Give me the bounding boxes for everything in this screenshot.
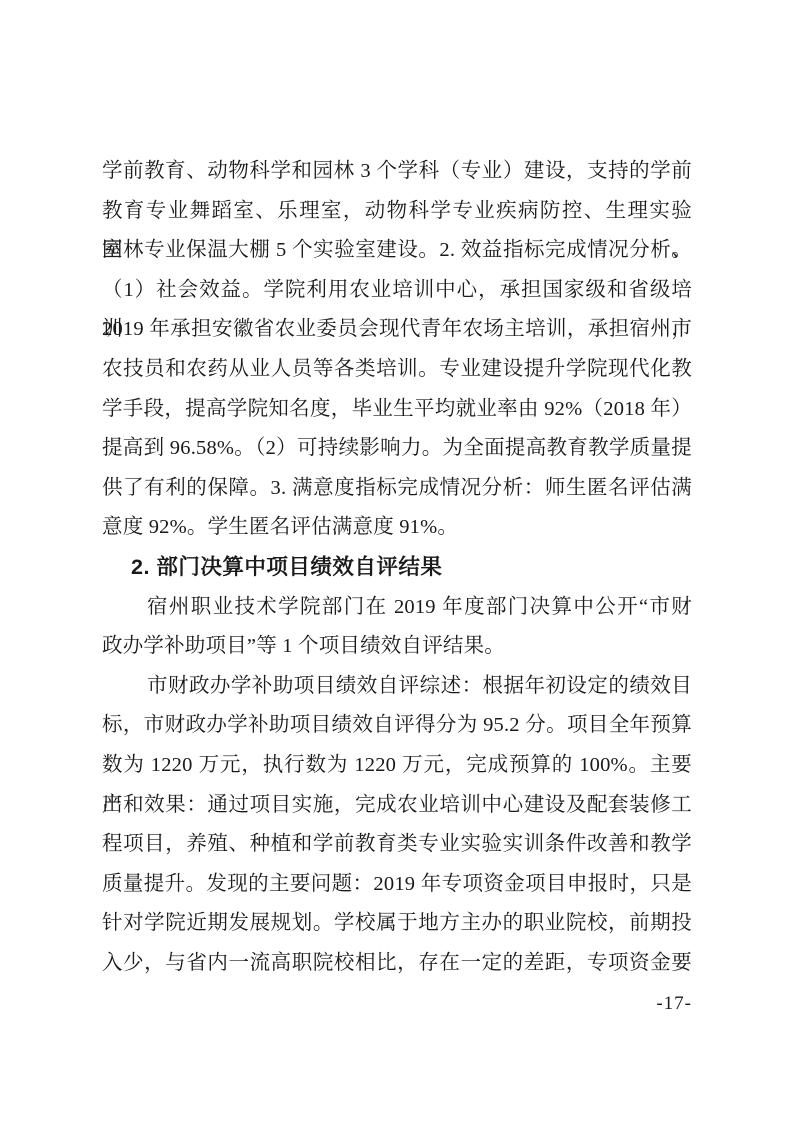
text-line-19: 质量提升。发现的主要问题：2019 年专项资金项目申报时，只是 — [102, 865, 692, 905]
text-line-14: 市财政办学补助项目绩效自评综述：根据年初设定的绩效目 — [102, 667, 692, 707]
text-line-20: 针对学院近期发展规划。学校属于地方主办的职业院校，前期投 — [102, 904, 692, 944]
section-heading: 2. 部门决算中项目绩效自评结果 — [102, 548, 692, 588]
text-line-6: 农技员和农药从业人员等各类培训。专业建设提升学院现代化教 — [102, 350, 692, 390]
text-line-16: 数为 1220 万元，执行数为 1220 万元，完成预算的 100%。主要产 — [102, 746, 692, 786]
text-line-9: 供了有利的保障。3. 满意度指标完成情况分析：师生匿名评估满 — [102, 469, 692, 509]
text-line-5: 2019 年承担安徽省农业委员会现代青年农场主培训，承担宿州市 — [102, 310, 692, 350]
text-line-1: 学前教育、动物科学和园林 3 个学科（专业）建设，支持的学前 — [102, 152, 692, 192]
text-line-15: 标，市财政办学补助项目绩效自评得分为 95.2 分。项目全年预算 — [102, 706, 692, 746]
text-line-18: 程项目，养殖、种植和学前教育类专业实验实训条件改善和教学 — [102, 825, 692, 865]
text-line-12: 宿州职业技术学院部门在 2019 年度部门决算中公开“市财 — [102, 588, 692, 628]
text-block: 学前教育、动物科学和园林 3 个学科（专业）建设，支持的学前 教育专业舞蹈室、乐… — [102, 152, 692, 983]
page-number: -17- — [102, 984, 692, 1024]
text-line-4: （1）社会效益。学院利用农业培训中心，承担国家级和省级培训， — [102, 271, 692, 311]
text-line-21: 入少，与省内一流高职院校相比，存在一定的差距，专项资金要 — [102, 944, 692, 984]
text-line-17: 出和效果：通过项目实施，完成农业培训中心建设及配套装修工 — [102, 786, 692, 826]
text-line-2: 教育专业舞蹈室、乐理室，动物科学专业疾病防控、生理实验室、 — [102, 192, 692, 232]
document-page: 学前教育、动物科学和园林 3 个学科（专业）建设，支持的学前 教育专业舞蹈室、乐… — [0, 0, 793, 1122]
text-line-10: 意度 92%。学生匿名评估满意度 91%。 — [102, 508, 692, 548]
text-line-3: 园林专业保温大棚 5 个实验室建设。2. 效益指标完成情况分析。 — [102, 231, 692, 271]
text-line-7: 学手段，提高学院知名度，毕业生平均就业率由 92%（2018 年） — [102, 390, 692, 430]
text-line-13: 政办学补助项目”等 1 个项目绩效自评结果。 — [102, 627, 692, 667]
text-line-8: 提高到 96.58%。（2）可持续影响力。为全面提高教育教学质量提 — [102, 429, 692, 469]
